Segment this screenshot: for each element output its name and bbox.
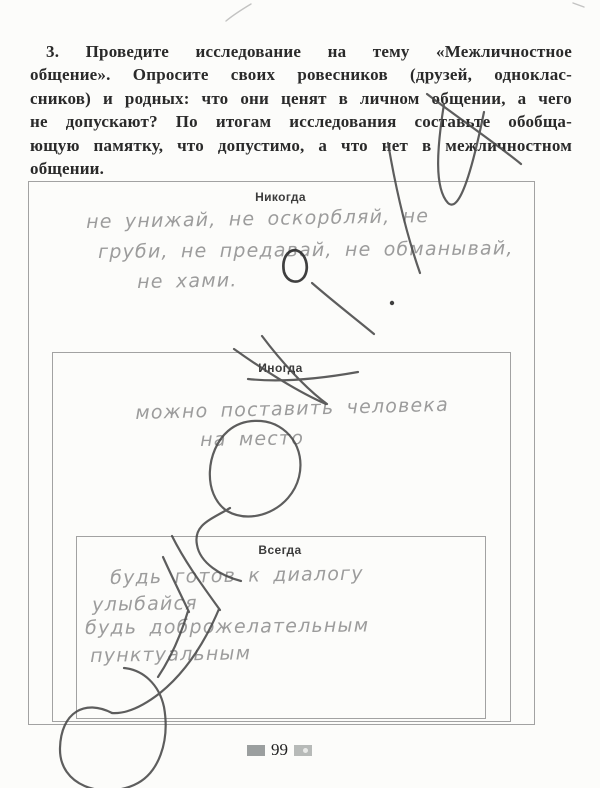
box-label-always: Всегда: [76, 543, 484, 557]
task-line: сников) и родных: что они ценят в личном…: [30, 87, 572, 110]
workbook-page: 3. Проведите исследование на тему «Межли…: [0, 0, 600, 788]
handwritten-answer-never-line: груби, не предавай, не обманывай,: [98, 237, 514, 263]
task-line: не допускают? По итогам исследования сос…: [30, 110, 572, 133]
handwritten-answer-always-line: будь доброжелательным: [85, 615, 369, 639]
task-text: 3. Проведите исследование на тему «Межли…: [30, 40, 572, 180]
handwritten-answer-always-line: пунктуальным: [90, 642, 251, 667]
page-footer: 99: [247, 741, 312, 759]
handwritten-answer-always-line: будь готов к диалогу: [110, 563, 364, 589]
task-line: общении.: [30, 157, 572, 180]
page-number: 99: [271, 742, 288, 758]
task-line: ющую памятку, что допустимо, а что нет в…: [30, 134, 572, 157]
task-line: 3. Проведите исследование на тему «Межли…: [30, 40, 572, 63]
footer-marker-left: [247, 745, 265, 756]
task-line: общение». Опросите своих ровесников (дру…: [30, 63, 572, 86]
handwritten-answer-sometimes-line: на место: [200, 427, 304, 451]
handwritten-answer-never-line: не хами.: [137, 269, 238, 293]
box-label-never: Никогда: [28, 190, 533, 204]
footer-marker-right: [294, 745, 312, 756]
handwritten-answer-always-line: улыбайся: [92, 592, 198, 616]
footer-marker-dot: [303, 748, 308, 753]
pencil-scribble-light-strokes: [226, 3, 584, 21]
box-label-sometimes: Иногда: [52, 361, 509, 375]
